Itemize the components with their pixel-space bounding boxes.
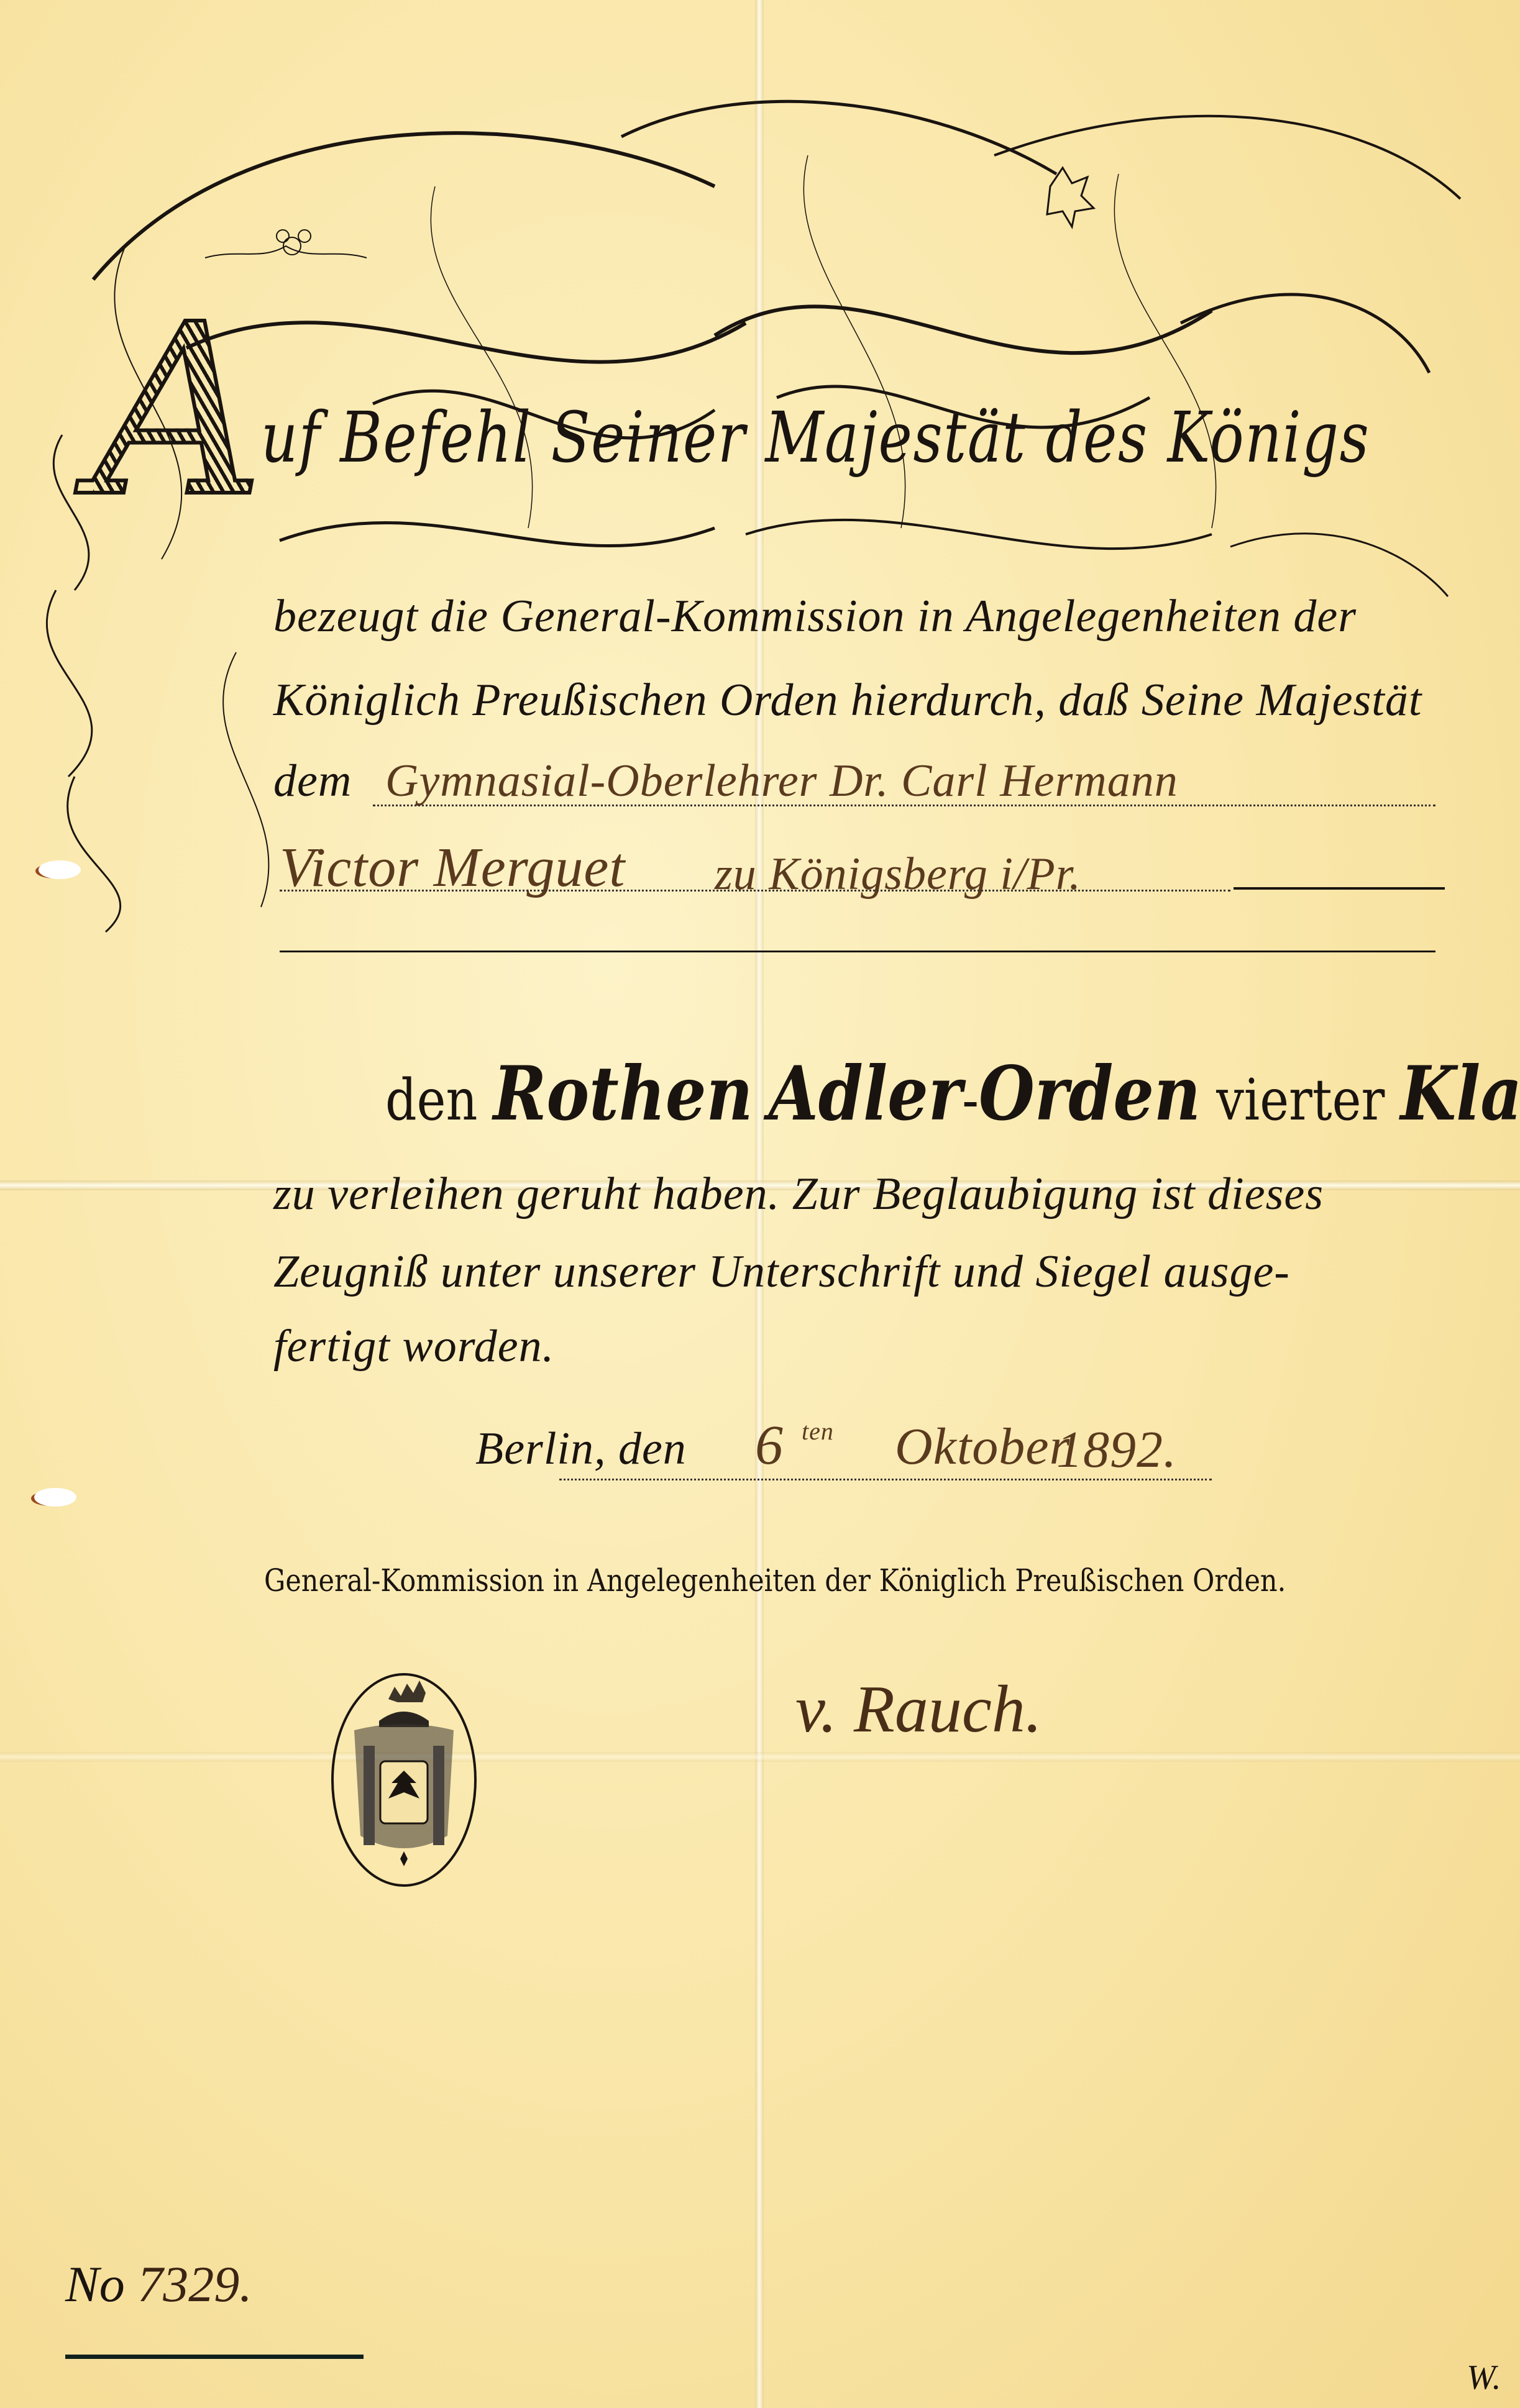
closing-line: fertigt worden. xyxy=(273,1320,554,1373)
certificate-title: uf Befehl Seiner Majestät des Königs xyxy=(261,398,1370,478)
corner-mark: W. xyxy=(1467,2358,1501,2397)
floral-ornament-icon xyxy=(205,168,1094,258)
order-word: Orden xyxy=(979,1050,1201,1138)
date-year: 1892. xyxy=(1056,1420,1177,1480)
signature: v. Rauch. xyxy=(795,1671,1042,1748)
body-line: dem xyxy=(273,755,352,808)
date-day-suffix: ten xyxy=(802,1416,834,1446)
issuing-authority: General-Kommission in Angelegenheiten de… xyxy=(264,1562,1286,1598)
closing-line: Zeugniß unter unserer Unterschrift und S… xyxy=(273,1246,1290,1298)
fill-in-solid-line xyxy=(1234,887,1445,890)
punch-hole xyxy=(34,1488,76,1507)
closing-line: zu verleihen geruht haben. Zur Beglaubig… xyxy=(273,1168,1324,1221)
order-word: Rothen xyxy=(493,1050,753,1138)
number-label: No xyxy=(65,2256,125,2312)
order-word: vierter xyxy=(1216,1067,1385,1133)
order-word: Adler xyxy=(769,1050,962,1138)
decorated-initial: A xyxy=(93,273,263,549)
fill-in-dotted-line xyxy=(373,805,1435,806)
number-value: 7329. xyxy=(137,2256,252,2312)
recipient-place: zu Königsberg i/Pr. xyxy=(715,848,1081,901)
date-dotted-line xyxy=(559,1479,1212,1480)
horizontal-fold-crease xyxy=(0,1752,1520,1762)
order-name: den Rothen Adler-Orden vierter Klasse xyxy=(385,1050,1520,1138)
recipient-title-name: Gymnasial-Oberlehrer Dr. Carl Hermann xyxy=(385,755,1178,808)
order-word: den xyxy=(385,1067,477,1133)
certificate-number: No 7329. xyxy=(65,2255,252,2314)
date-day: 6 xyxy=(755,1413,784,1477)
date-place: Berlin, den xyxy=(475,1423,687,1475)
body-line: Königlich Preußischen Orden hierdurch, d… xyxy=(273,674,1422,727)
number-underline xyxy=(65,2355,364,2359)
order-word: Klasse xyxy=(1400,1050,1520,1138)
fill-in-solid-line xyxy=(280,951,1435,952)
body-line: bezeugt die General-Kommission in Angele… xyxy=(273,590,1357,643)
date-month: Oktober xyxy=(895,1416,1070,1477)
fill-in-dotted-line xyxy=(280,890,1230,892)
coat-of-arms-seal-icon xyxy=(329,1671,478,1889)
